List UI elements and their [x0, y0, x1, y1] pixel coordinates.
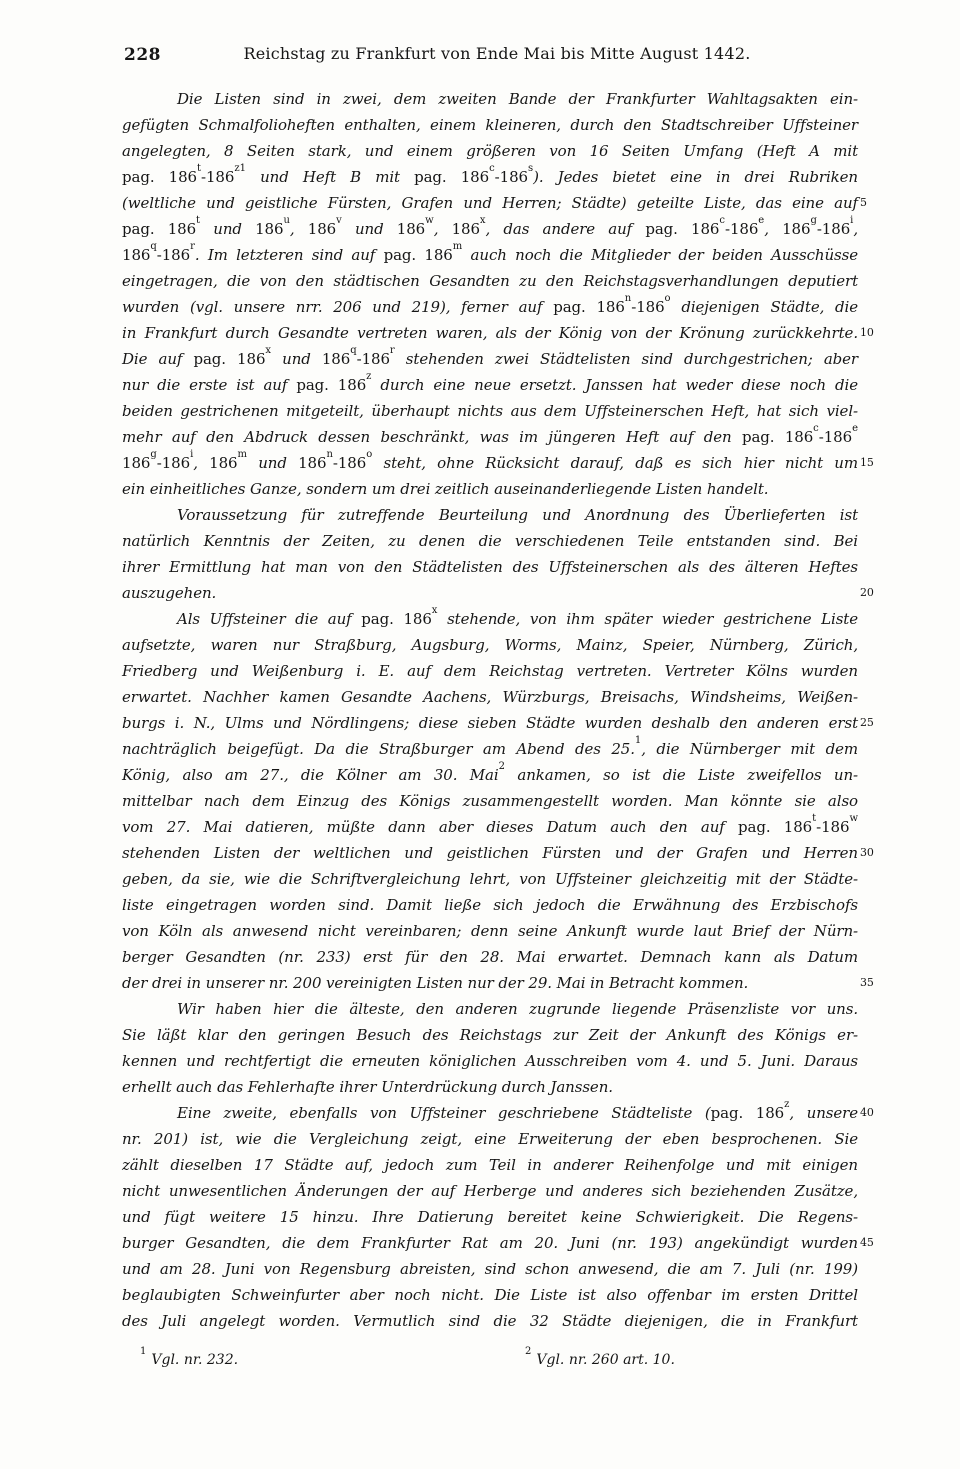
superscript: z — [366, 371, 371, 382]
text-line: natürlich Kenntnis der Zeiten, zu denen … — [122, 528, 858, 554]
text-line: vom 27. Mai datieren, müßte dann aber di… — [122, 814, 858, 840]
superscript: 2 — [499, 761, 505, 772]
roman-segment: 186v — [308, 220, 342, 238]
footnote: 1Vgl. nr. 232. — [140, 1352, 238, 1368]
roman-segment: pag. 186c-186e — [742, 428, 858, 446]
italic-segment: Friedberg und Weißenburg i. E. auf dem R… — [122, 662, 858, 680]
superscript: g — [150, 449, 156, 460]
text-line: mehr auf den Abdruck dessen beschränkt, … — [122, 424, 858, 450]
text-line: mittelbar nach dem Einzug des Königs zus… — [122, 788, 858, 814]
margin-line-number: 5 — [860, 190, 884, 216]
roman-segment: 186g-186i — [782, 220, 853, 238]
text-line: kennen und rechtfertigt die erneuten kön… — [122, 1048, 858, 1074]
italic-segment: steht, ohne Rücksicht darauf, daß es sic… — [372, 454, 858, 472]
italic-segment: König, also am 27., die Kölner am 30. Ma… — [122, 766, 858, 784]
roman-segment: 186m — [209, 454, 247, 472]
text-line: Wir haben hier die älteste, den anderen … — [122, 996, 858, 1022]
text-line: Sie läßt klar den geringen Besuch des Re… — [122, 1022, 858, 1048]
margin-line-number: 40 — [860, 1100, 884, 1126]
roman-segment: pag. 186x — [193, 350, 271, 368]
page-header: 228 Reichstag zu Frankfurt von Ende Mai … — [122, 44, 858, 68]
text-line: beiden gestrichenen mitgeteilt, überhaup… — [122, 398, 858, 424]
superscript: v — [336, 215, 342, 226]
roman-segment: 186g-186i — [122, 454, 193, 472]
italic-segment: vom 27. Mai datieren, müßte dann aber di… — [122, 818, 738, 836]
superscript: i — [850, 215, 853, 226]
superscript: c — [489, 163, 495, 174]
margin-line-number: 15 — [860, 450, 884, 476]
text-line: und fügt weitere 15 hinzu. Ihre Datierun… — [122, 1204, 858, 1230]
italic-segment: beglaubigten Schweinfurter aber noch nic… — [122, 1286, 858, 1304]
italic-segment: mehr auf den Abdruck dessen beschränkt, … — [122, 428, 742, 446]
text-line: Eine zweite, ebenfalls von Uffsteiner ge… — [122, 1100, 858, 1126]
roman-segment: 186x — [452, 220, 486, 238]
italic-segment: gefügten Schmalfolioheften enthalten, ei… — [122, 116, 858, 134]
italic-segment: nicht unwesentlichen Änderungen der auf … — [122, 1182, 858, 1200]
roman-segment: pag. 186t — [122, 220, 200, 238]
footnote-marker: 2 — [525, 1346, 531, 1357]
footnote-text: Vgl. nr. 260 art. 10. — [536, 1352, 675, 1368]
superscript: e — [852, 423, 858, 434]
italic-segment: wurden (vgl. unsere nrr. 206 und 219), f… — [122, 298, 553, 316]
text-line: erwartet. Nachher kamen Gesandte Aachens… — [122, 684, 858, 710]
text-line: ein einheitliches Ganze, sondern um drei… — [122, 476, 858, 502]
italic-segment: , das andere auf — [486, 220, 646, 238]
italic-segment: erhellt auch das Fehlerhafte ihrer Unter… — [122, 1078, 613, 1096]
text-block: Die Listen sind in zwei, dem zweiten Ban… — [122, 86, 858, 1334]
margin-line-number: 25 — [860, 710, 884, 736]
italic-segment: und — [271, 350, 322, 368]
footnote: 2Vgl. nr. 260 art. 10. — [525, 1352, 675, 1368]
italic-segment: und — [200, 220, 255, 238]
superscript: c — [719, 215, 725, 226]
text-line: von Köln als anwesend nicht vereinbaren;… — [122, 918, 858, 944]
italic-segment: burgs i. N., Ulms und Nördlingens; diese… — [122, 714, 858, 732]
text-line: Die auf pag. 186x und 186q-186r stehende… — [122, 346, 858, 372]
italic-segment: , — [764, 220, 782, 238]
roman-segment: pag. 186m — [384, 246, 463, 264]
italic-segment: ). Jedes bietet eine in drei Rubriken — [533, 168, 858, 186]
superscript: r — [190, 241, 195, 252]
italic-segment: und — [342, 220, 397, 238]
superscript: x — [265, 345, 271, 356]
text-line: angelegten, 8 Seiten stark, und einem gr… — [122, 138, 858, 164]
italic-segment: aufsetzte, waren nur Straßburg, Augsburg… — [122, 636, 858, 654]
italic-segment: , — [290, 220, 308, 238]
roman-segment: 186w — [397, 220, 434, 238]
text-line: des Juli angelegt worden. Vermutlich sin… — [122, 1308, 858, 1334]
superscript: o — [366, 449, 372, 460]
superscript: t — [197, 163, 201, 174]
italic-segment: berger Gesandten (nr. 233) erst für den … — [122, 948, 858, 966]
text-line: 186g-186i, 186m und 186n-186o steht, ohn… — [122, 450, 858, 476]
superscript: i — [190, 449, 193, 460]
text-line: beglaubigten Schweinfurter aber noch nic… — [122, 1282, 858, 1308]
italic-segment: erwartet. Nachher kamen Gesandte Aachens… — [122, 688, 858, 706]
superscript: z — [784, 1099, 789, 1110]
italic-segment: liste eingetragen worden sind. Damit lie… — [122, 896, 858, 914]
superscript: m — [238, 449, 247, 460]
text-line: nicht unwesentlichen Änderungen der auf … — [122, 1178, 858, 1204]
italic-segment: Eine zweite, ebenfalls von Uffsteiner ge… — [177, 1104, 711, 1122]
roman-segment: 186u — [255, 220, 290, 238]
roman-segment: pag. 186c-186e — [645, 220, 764, 238]
text-line: auszugehen.20 — [122, 580, 858, 606]
italic-segment: nr. 201) ist, wie die Vergleichung zeigt… — [122, 1130, 858, 1148]
italic-segment: durch eine neue ersetzt. Janssen hat wed… — [371, 376, 858, 394]
italic-segment: auszugehen. — [122, 584, 216, 602]
footnote-marker: 1 — [140, 1346, 146, 1357]
superscript: t — [812, 813, 816, 824]
margin-line-number: 35 — [860, 970, 884, 996]
italic-segment: Die auf — [122, 350, 193, 368]
roman-segment: pag. 186x — [361, 610, 437, 628]
superscript: n — [625, 293, 631, 304]
roman-segment: pag. 186z — [296, 376, 371, 394]
superscript: z1 — [234, 163, 246, 174]
italic-segment: burger Gesandten, die dem Frankfurter Ra… — [122, 1234, 858, 1252]
superscript: q — [350, 345, 356, 356]
text-line: ihrer Ermittlung hat man von den Städtel… — [122, 554, 858, 580]
roman-segment: 186q-186r — [322, 350, 395, 368]
italic-segment: nur die erste ist auf — [122, 376, 296, 394]
text-line: 186q-186r. Im letzteren sind auf pag. 18… — [122, 242, 858, 268]
italic-segment: ein einheitliches Ganze, sondern um drei… — [122, 480, 768, 498]
superscript: q — [150, 241, 156, 252]
italic-segment: . Im letzteren sind auf — [195, 246, 384, 264]
margin-line-number: 10 — [860, 320, 884, 346]
running-title: Reichstag zu Frankfurt von Ende Mai bis … — [122, 44, 858, 63]
text-line: erhellt auch das Fehlerhafte ihrer Unter… — [122, 1074, 858, 1100]
italic-segment: Voraussetzung für zutreffende Beurteilun… — [177, 506, 858, 524]
italic-segment: der drei in unserer nr. 200 vereinigten … — [122, 974, 748, 992]
text-line: burger Gesandten, die dem Frankfurter Ra… — [122, 1230, 858, 1256]
document-page: 228 Reichstag zu Frankfurt von Ende Mai … — [0, 0, 960, 1469]
superscript: t — [196, 215, 200, 226]
roman-segment: 186q-186r — [122, 246, 195, 264]
superscript: o — [665, 293, 671, 304]
text-line: nachträglich beigefügt. Da die Straßburg… — [122, 736, 858, 762]
text-line: nur die erste ist auf pag. 186z durch ei… — [122, 372, 858, 398]
page-number: 228 — [124, 45, 161, 65]
roman-segment: pag. 186n-186o — [553, 298, 670, 316]
roman-segment: pag. 186c-186s — [414, 168, 533, 186]
text-line: Voraussetzung für zutreffende Beurteilun… — [122, 502, 858, 528]
italic-segment: in Frankfurt durch Gesandte vertreten wa… — [122, 324, 858, 342]
italic-segment: stehenden zwei Städtelisten sind durchge… — [395, 350, 858, 368]
italic-segment: Als Uffsteiner die auf — [177, 610, 361, 628]
text-line: gefügten Schmalfolioheften enthalten, ei… — [122, 112, 858, 138]
italic-segment: eingetragen, die von den städtischen Ges… — [122, 272, 858, 290]
italic-segment: , unsere — [789, 1104, 858, 1122]
italic-segment: , — [853, 220, 858, 238]
superscript: g — [810, 215, 816, 226]
superscript: r — [390, 345, 395, 356]
superscript: s — [528, 163, 533, 174]
text-line: der drei in unserer nr. 200 vereinigten … — [122, 970, 858, 996]
italic-segment: des Juli angelegt worden. Vermutlich sin… — [122, 1312, 858, 1330]
italic-segment: und — [247, 454, 298, 472]
text-line: burgs i. N., Ulms und Nördlingens; diese… — [122, 710, 858, 736]
italic-segment: Sie läßt klar den geringen Besuch des Re… — [122, 1026, 858, 1044]
italic-segment: beiden gestrichenen mitgeteilt, überhaup… — [122, 402, 858, 420]
superscript: e — [758, 215, 764, 226]
text-line: (weltliche und geistliche Fürsten, Grafe… — [122, 190, 858, 216]
superscript: w — [425, 215, 434, 226]
italic-segment: von Köln als anwesend nicht vereinbaren;… — [122, 922, 858, 940]
italic-segment: ihrer Ermittlung hat man von den Städtel… — [122, 558, 858, 576]
margin-line-number: 20 — [860, 580, 884, 606]
text-line: geben, da sie, wie die Schriftvergleichu… — [122, 866, 858, 892]
italic-segment: und Heft B mit — [246, 168, 414, 186]
italic-segment: (weltliche und geistliche Fürsten, Grafe… — [122, 194, 858, 212]
text-line: Die Listen sind in zwei, dem zweiten Ban… — [122, 86, 858, 112]
superscript: n — [326, 449, 332, 460]
superscript: c — [813, 423, 819, 434]
italic-segment: Die Listen sind in zwei, dem zweiten Ban… — [177, 90, 858, 108]
italic-segment: kennen und rechtfertigt die erneuten kön… — [122, 1052, 858, 1070]
roman-segment: 186n-186o — [298, 454, 372, 472]
superscript: m — [453, 241, 462, 252]
footnote-section: 1Vgl. nr. 232. 2Vgl. nr. 260 art. 10. — [122, 1352, 858, 1380]
superscript: x — [432, 605, 438, 616]
text-line: und am 28. Juni von Regensburg abreisten… — [122, 1256, 858, 1282]
text-line: stehenden Listen der weltlichen und geis… — [122, 840, 858, 866]
roman-segment: pag. 186z — [711, 1104, 790, 1122]
text-line: in Frankfurt durch Gesandte vertreten wa… — [122, 320, 858, 346]
text-line: eingetragen, die von den städtischen Ges… — [122, 268, 858, 294]
italic-segment: , — [434, 220, 452, 238]
text-line: Als Uffsteiner die auf pag. 186x stehend… — [122, 606, 858, 632]
text-line: aufsetzte, waren nur Straßburg, Augsburg… — [122, 632, 858, 658]
text-line: pag. 186t und 186u, 186v und 186w, 186x,… — [122, 216, 858, 242]
italic-segment: zählt dieselben 17 Städte auf, jedoch zu… — [122, 1156, 858, 1174]
text-line: König, also am 27., die Kölner am 30. Ma… — [122, 762, 858, 788]
italic-segment: diejenigen Städte, die — [671, 298, 858, 316]
italic-segment: und am 28. Juni von Regensburg abreisten… — [122, 1260, 858, 1278]
roman-segment: pag. 186t-186z1 — [122, 168, 246, 186]
italic-segment: und fügt weitere 15 hinzu. Ihre Datierun… — [122, 1208, 858, 1226]
superscript: u — [283, 215, 289, 226]
text-line: zählt dieselben 17 Städte auf, jedoch zu… — [122, 1152, 858, 1178]
margin-line-number: 45 — [860, 1230, 884, 1256]
text-line: nr. 201) ist, wie die Vergleichung zeigt… — [122, 1126, 858, 1152]
text-line: wurden (vgl. unsere nrr. 206 und 219), f… — [122, 294, 858, 320]
footnote-text: Vgl. nr. 232. — [151, 1352, 238, 1368]
superscript: x — [480, 215, 486, 226]
text-line: pag. 186t-186z1 und Heft B mit pag. 186c… — [122, 164, 858, 190]
text-line: berger Gesandten (nr. 233) erst für den … — [122, 944, 858, 970]
text-line: Friedberg und Weißenburg i. E. auf dem R… — [122, 658, 858, 684]
italic-segment: auch noch die Mitglieder der beiden Auss… — [462, 246, 858, 264]
margin-line-number: 30 — [860, 840, 884, 866]
italic-segment: geben, da sie, wie die Schriftvergleichu… — [122, 870, 858, 888]
superscript: 1 — [635, 735, 641, 746]
italic-segment: , — [193, 454, 209, 472]
text-line: liste eingetragen worden sind. Damit lie… — [122, 892, 858, 918]
italic-segment: angelegten, 8 Seiten stark, und einem gr… — [122, 142, 858, 160]
italic-segment: stehende, von ihm später wieder gestrich… — [437, 610, 858, 628]
italic-segment: mittelbar nach dem Einzug des Königs zus… — [122, 792, 858, 810]
italic-segment: Wir haben hier die älteste, den anderen … — [177, 1000, 858, 1018]
superscript: w — [849, 813, 858, 824]
italic-segment: nachträglich beigefügt. Da die Straßburg… — [122, 740, 858, 758]
roman-segment: pag. 186t-186w — [738, 818, 858, 836]
italic-segment: natürlich Kenntnis der Zeiten, zu denen … — [122, 532, 858, 550]
italic-segment: stehenden Listen der weltlichen und geis… — [122, 844, 858, 862]
